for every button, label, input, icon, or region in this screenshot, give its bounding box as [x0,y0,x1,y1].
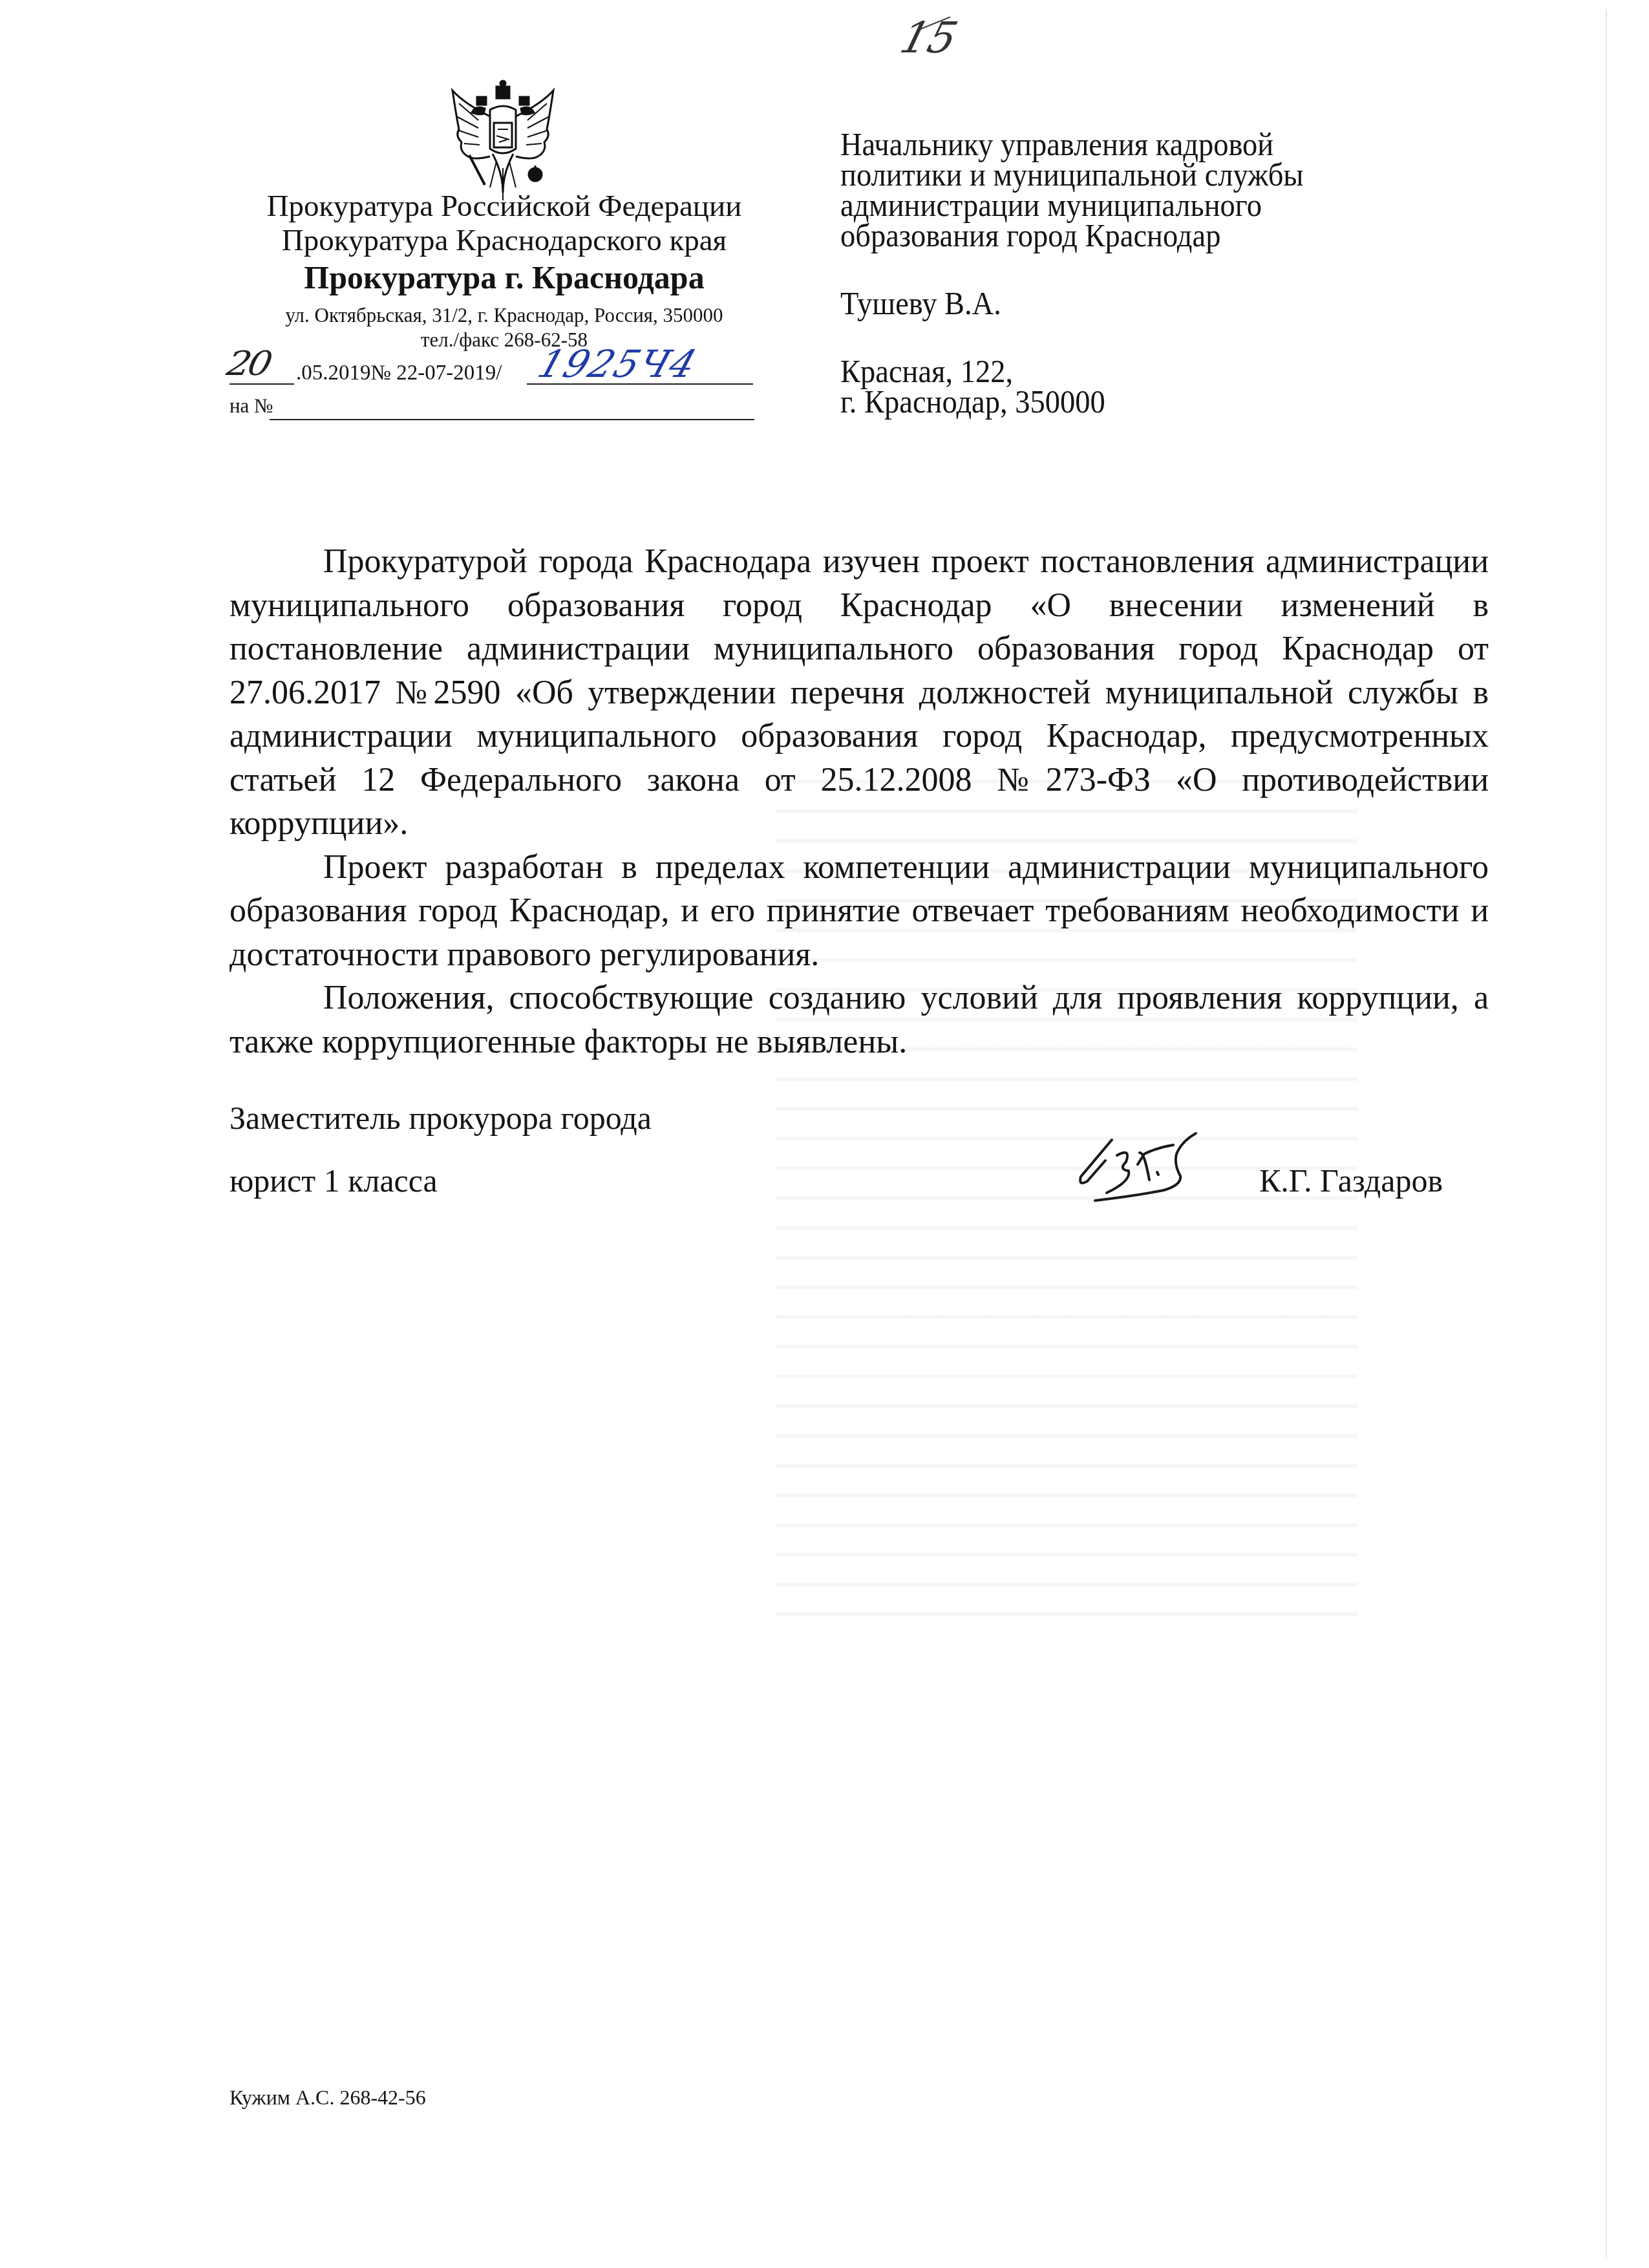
letterhead-org-federal: Прокуратура Российской Федерации [220,189,789,224]
addressee-block: Начальнику управления кадровой политики … [840,129,1487,417]
letterhead-org-city: Прокуратура г. Краснодара [220,259,789,296]
letterhead-phone: тел./факс 268-62-58 [220,328,789,352]
coat-of-arms-icon [445,78,561,207]
letterhead-org-regional: Прокуратура Краснодарского края [220,223,789,258]
executor-contact: Кужим А.С. 268-42-56 [229,2086,426,2110]
body-paragraph: Положения, способствующие созданию услов… [229,976,1489,1064]
reference-row: на № [229,394,753,423]
registration-number-handwritten: 1925Ч4 [533,342,703,386]
addressee-name: Тушеву В.А. [840,288,1442,319]
signatory-name: К.Г. Газдаров [1259,1162,1443,1199]
scan-page-edge [1606,9,1607,2259]
letterhead-address: ул. Октябрьская, 31/2, г. Краснодар, Рос… [220,304,789,327]
signatory-title: Заместитель прокурора города [229,1099,652,1137]
addressee-address-line: Красная, 122, [840,356,1442,387]
registration-row: 20 .05.2019№ 22-07-2019/ 1925Ч4 [229,352,753,391]
handwritten-page-number: 15 [895,13,963,63]
addressee-position-line: политики и муниципальной службы [840,160,1442,190]
body-paragraph: Проект разработан в пределах компетенции… [229,846,1489,977]
body-paragraph: Прокуратурой города Краснодара изучен пр… [229,540,1489,846]
letter-body: Прокуратурой города Краснодара изучен пр… [229,540,1489,1064]
signatory-rank: юрист 1 класса [229,1162,438,1199]
registration-day-underline [229,383,294,385]
handwritten-signature-icon [1067,1122,1209,1203]
addressee-position-line: образования город Краснодар [840,220,1442,251]
registration-day-handwritten: 20 [224,345,273,383]
addressee-position-line: Начальнику управления кадровой [840,129,1442,160]
registration-date-number: .05.2019№ 22-07-2019/ [296,361,502,385]
reference-label: на № [229,394,273,418]
addressee-address-line: г. Краснодар, 350000 [840,387,1442,417]
reference-underline [270,419,754,420]
addressee-position-line: администрации муниципального [840,190,1442,220]
